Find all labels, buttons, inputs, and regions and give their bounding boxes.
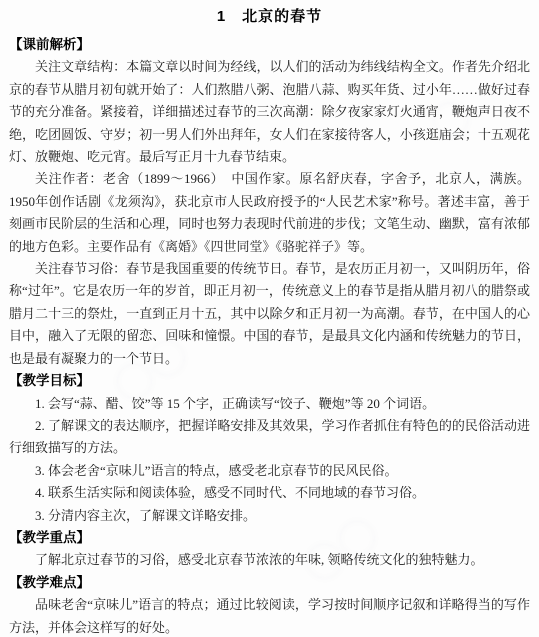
paragraph-teaching-difficulty: 品味老舍“京味儿”语言的特点；通过比较阅读，学习按时间顺序记叙和详略得当的写作方…: [9, 594, 530, 637]
section-heading-pre-class-analysis: 【课前解析】: [9, 34, 530, 56]
paragraph-author-intro: 关注作者：老舍（1899～1966） 中国作家。原名舒庆春，字舍予，北京人，满族…: [9, 168, 530, 258]
objective-item-4: 4. 联系生活实际和阅读体验，感受不同时代、不同地域的春节习俗。: [9, 482, 530, 504]
section-teaching-difficulty: 【教学难点】 品味老舍“京味儿”语言的特点；通过比较阅读，学习按时间顺序记叙和详…: [9, 572, 530, 637]
paragraph-text-structure: 关注文章结构：本篇文章以时间为经线，以人们的活动为纬线结构全文。作者先介绍北京的…: [9, 56, 530, 168]
document-page: 1 北京的春节 【课前解析】 关注文章结构：本篇文章以时间为经线，以人们的活动为…: [0, 0, 539, 637]
section-teaching-focus: 【教学重点】 了解北京过春节的习俗，感受北京春节浓浓的年味, 领略传统文化的独特…: [9, 527, 530, 572]
objective-item-1: 1. 会写“蒜、醋、饺”等 15 个字，正确读写“饺子、鞭炮”等 20 个词语。: [9, 393, 530, 415]
objective-item-5: 3. 分清内容主次，了解课文详略安排。: [9, 505, 530, 527]
page-title: 1 北京的春节: [9, 4, 530, 30]
section-teaching-objectives: 【教学目标】 1. 会写“蒜、醋、饺”等 15 个字，正确读写“饺子、鞭炮”等 …: [9, 370, 530, 527]
objective-item-3: 3. 体会老舍“京味儿”语言的特点，感受老北京春节的民风民俗。: [9, 460, 530, 482]
section-pre-class-analysis: 【课前解析】 关注文章结构：本篇文章以时间为经线，以人们的活动为纬线结构全文。作…: [9, 34, 530, 370]
section-heading-teaching-objectives: 【教学目标】: [9, 370, 530, 392]
paragraph-festival-customs: 关注春节习俗：春节是我国重要的传统节日。春节，是农历正月初一，又叫阴历年，俗称“…: [9, 258, 530, 370]
objective-item-2: 2. 了解课文的表达顺序，把握详略安排及其效果，学习作者抓住有特色的的民俗活动进…: [9, 415, 530, 460]
section-heading-teaching-difficulty: 【教学难点】: [9, 572, 530, 594]
section-heading-teaching-focus: 【教学重点】: [9, 527, 530, 549]
paragraph-teaching-focus: 了解北京过春节的习俗，感受北京春节浓浓的年味, 领略传统文化的独特魅力。: [9, 549, 530, 571]
